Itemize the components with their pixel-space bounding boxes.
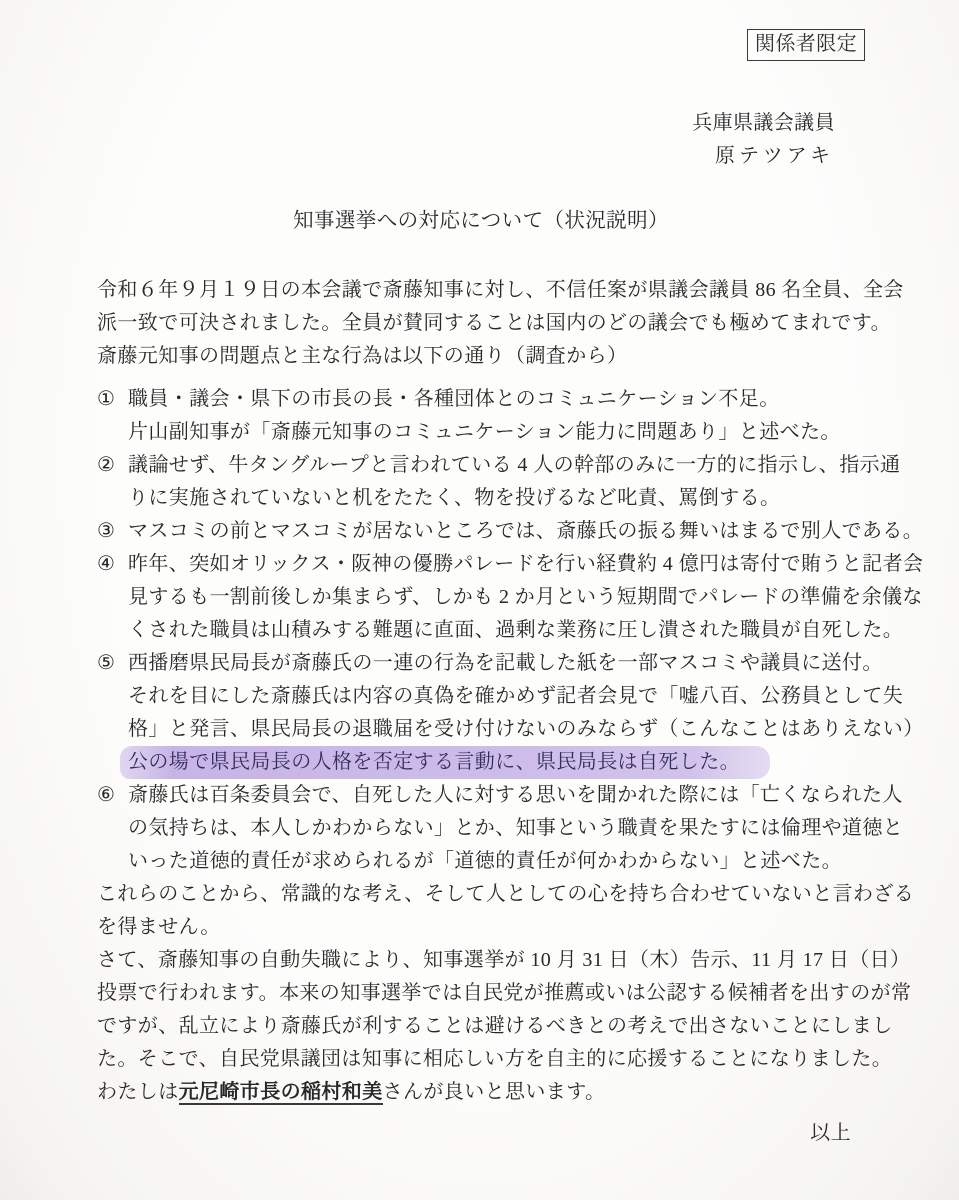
issue-item-1: ① 職員・議会・県下の市長の長・各種団体とのコミュニケーション不足。 片山副知事… — [97, 383, 865, 449]
intro-line: 派一致で可決されました。全員が賛同することは国内のどの議会でも極めてまれです。 — [97, 307, 865, 340]
item-line: いった道徳的責任が求められるが「道徳的責任が何かわからない」と述べた。 — [128, 845, 865, 878]
highlighted-line: 公の場で県民局長の人格を否定する言動に、県民局長は自死した。 — [120, 746, 770, 779]
item-line: 職員・議会・県下の市長の長・各種団体とのコミュニケーション不足。 — [128, 383, 865, 416]
issue-item-5: ⑤ 西播磨県民局長が斎藤氏の一連の行為を記載した紙を一部マスコミや議員に送付。 … — [97, 647, 865, 779]
item-line: りに実施されていないと机をたたく、物を投げるなど叱責、罵倒する。 — [128, 482, 865, 515]
intro-line: 令和６年９月１９日の本会議で斎藤知事に対し、不信任案が県議会議員 86 名全員、… — [97, 274, 865, 307]
conclusion-paragraph: これらのことから、常識的な考え、そして人としての心を持ち合わせていないと言わざる… — [97, 878, 865, 944]
item-marker: ② — [97, 449, 115, 482]
issue-item-4: ④ 昨年、突如オリックス・阪神の優勝パレードを行い経費約 4 億円は寄付で賄うと… — [97, 548, 865, 647]
item-line: 昨年、突如オリックス・阪神の優勝パレードを行い経費約 4 億円は寄付で賄うと記者… — [128, 548, 865, 581]
item-line: 片山副知事が「斎藤元知事のコミュニケーション能力に問題あり」と述べた。 — [128, 416, 865, 449]
sender-name: 原テツアキ — [97, 140, 834, 173]
sender-block: 兵庫県議会議員 原テツアキ — [97, 107, 835, 173]
election-line: た。そこで、自民党県議団は知事に相応しい方を自主的に応援することになりました。 — [97, 1043, 865, 1076]
item-line: 見するも一割前後しか集まらず、しかも 2 か月という短期間でパレードの準備を余儀… — [128, 581, 865, 614]
election-line: ですが、乱立により斎藤氏が利することは避けるべきとの考えで出さないことにしまし — [97, 1010, 865, 1043]
item-marker: ① — [97, 383, 115, 416]
item-line: 格」と発言、県民局長の退職届を受け付けないのみならず（こんなことはありえない） — [128, 713, 865, 746]
document-page: 関係者限定 兵庫県議会議員 原テツアキ 知事選挙への対応について（状況説明） 令… — [0, 0, 959, 1200]
closing-label: 以上 — [810, 1122, 851, 1144]
item-marker: ④ — [97, 548, 115, 581]
item-line: それを目にした斎藤氏は内容の真偽を確かめず記者会見で「嘘八百、公務員として失 — [128, 680, 865, 713]
item-line: マスコミの前とマスコミが居ないところでは、斎藤氏の振る舞いはまるで別人である。 — [128, 515, 865, 548]
endorsement-prefix: わたしは — [97, 1081, 179, 1103]
election-line: 投票で行われます。本来の知事選挙では自民党が推薦或いは公認する候補者を出すのが常 — [97, 977, 865, 1010]
confidential-stamp: 関係者限定 — [747, 29, 865, 61]
endorsement-suffix: さんが良いと思います。 — [383, 1081, 606, 1103]
issues-list: ① 職員・議会・県下の市長の長・各種団体とのコミュニケーション不足。 片山副知事… — [97, 383, 865, 878]
endorsement-line: わたしは元尼崎市長の稲村和美さんが良いと思います。 — [97, 1076, 865, 1109]
highlighted-line-row: 公の場で県民局長の人格を否定する言動に、県民局長は自死した。 — [128, 746, 865, 779]
conclusion-line: これらのことから、常識的な考え、そして人としての心を持ち合わせていないと言わざる — [97, 878, 865, 911]
item-line: くされた職員は山積みする難題に直面、過剰な業務に圧し潰された職員が自死した。 — [128, 614, 865, 647]
stamp-row: 関係者限定 — [97, 28, 865, 61]
issue-item-3: ③ マスコミの前とマスコミが居ないところでは、斎藤氏の振る舞いはまるで別人である… — [97, 515, 865, 548]
item-line: 西播磨県民局長が斎藤氏の一連の行為を記載した紙を一部マスコミや議員に送付。 — [128, 647, 865, 680]
issue-item-6: ⑥ 斎藤氏は百条委員会で、自死した人に対する思いを聞かれた際には「亡くなられた人… — [97, 779, 865, 878]
issues-heading: 斎藤元知事の問題点と主な行為は以下の通り（調査から） — [97, 340, 865, 373]
item-marker: ③ — [97, 515, 115, 548]
page-title: 知事選挙への対応について（状況説明） — [97, 205, 865, 238]
item-marker: ⑥ — [97, 779, 115, 812]
election-paragraph: さて、斎藤知事の自動失職により、知事選挙が 10 月 31 日（木）告示、11 … — [97, 944, 865, 1076]
candidate-name: 元尼崎市長の稲村和美 — [179, 1081, 383, 1105]
item-line: 斎藤氏は百条委員会で、自死した人に対する思いを聞かれた際には「亡くなられた人 — [128, 779, 865, 812]
item-marker: ⑤ — [97, 647, 115, 680]
issue-item-2: ② 議論せず、牛タングループと言われている 4 人の幹部のみに一方的に指示し、指… — [97, 449, 865, 515]
closing-row: 以上 — [97, 1117, 851, 1150]
item-line: 議論せず、牛タングループと言われている 4 人の幹部のみに一方的に指示し、指示通 — [128, 449, 865, 482]
sender-affiliation: 兵庫県議会議員 — [97, 107, 835, 140]
conclusion-line: を得ません。 — [97, 911, 865, 944]
item-line: の気持ちは、本人しかわからない」とか、知事という職責を果たすには倫理や道徳と — [128, 812, 865, 845]
intro-paragraph: 令和６年９月１９日の本会議で斎藤知事に対し、不信任案が県議会議員 86 名全員、… — [97, 274, 865, 340]
election-line: さて、斎藤知事の自動失職により、知事選挙が 10 月 31 日（木）告示、11 … — [97, 944, 865, 977]
